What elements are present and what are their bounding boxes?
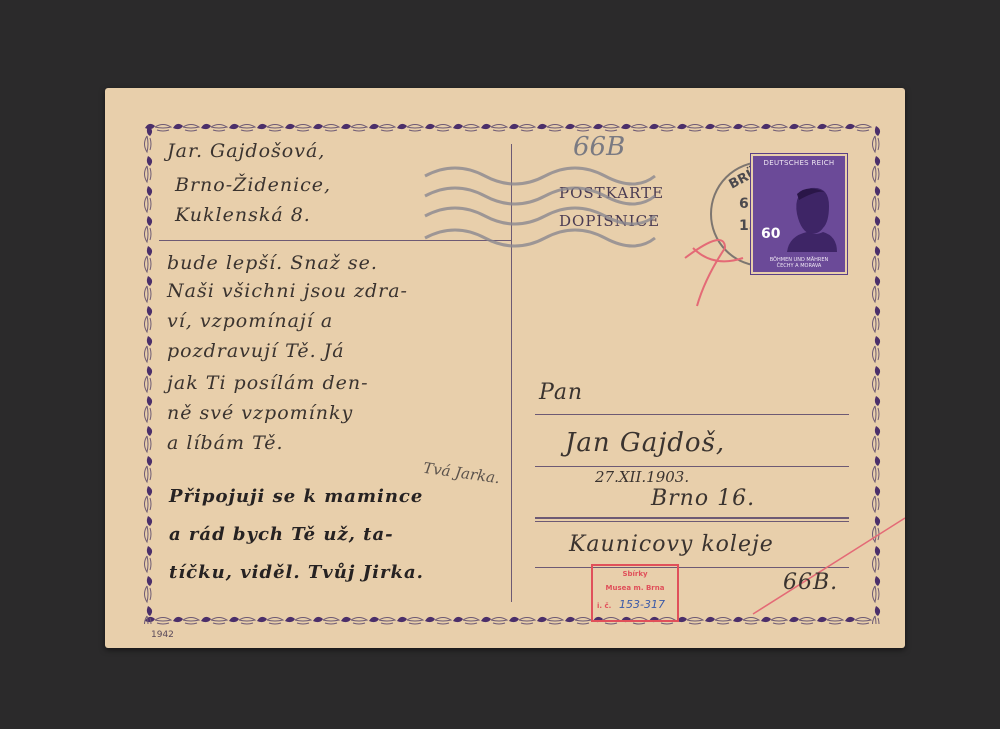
stamp-footer-line-2: ČECHY A MORAVA — [753, 263, 845, 269]
message-line: Naši všichni jsou zdra- — [167, 280, 408, 302]
child-note-line: a rád bych Tě už, ta- — [169, 524, 394, 545]
museum-inventory-number: 153-317 — [619, 598, 665, 611]
postcard: 1942 66B POSTKARTE DOPISNICE BRÜNN 6.XI.… — [105, 88, 905, 648]
message-line: bude lepší. Snaž se. — [167, 252, 378, 274]
museum-stamp-label: i. č. — [597, 602, 611, 610]
stamp-footer: BÖHMEN UND MÄHREN ČECHY A MORAVA — [753, 257, 845, 269]
museum-stamp-line-1: Sbírky — [593, 570, 677, 578]
museum-stamp-line-2: Musea m. Brna — [593, 584, 677, 592]
recipient-salutation: Pan — [539, 380, 583, 405]
message-line: jak Ti posílám den- — [167, 372, 369, 394]
recipient-city: Brno 16. — [651, 486, 755, 511]
child-note-line: Připojuji se k mamince — [169, 486, 423, 507]
postage-stamp: DEUTSCHES REICH 60 BÖHMEN UND MÄHREN ČEC… — [751, 154, 847, 274]
stamp-header: DEUTSCHES REICH — [753, 159, 845, 167]
message-line: pozdravují Tě. Já — [167, 340, 345, 362]
museum-collection-stamp: Sbírky Musea m. Brna i. č. 153-317 — [591, 564, 679, 622]
sender-line-1: Jar. Gajdošová, — [167, 140, 325, 162]
sender-line-3: Kuklenská 8. — [175, 204, 311, 226]
sender-line-2: Brno-Židenice, — [175, 174, 331, 196]
recipient-street: Kaunicovy koleje — [569, 532, 774, 557]
message-line: ví, vzpomínají a — [167, 310, 333, 332]
child-note-line: tíčku, viděl. Tvůj Jirka. — [169, 562, 424, 583]
stamp-value: 60 — [761, 226, 780, 242]
message-line: ně své vzpomínky — [167, 402, 353, 424]
message-line: a líbám Tě. — [167, 432, 284, 454]
recipient-name: Jan Gajdoš, — [565, 428, 725, 458]
recipient-block: 66B. — [783, 570, 838, 595]
recipient-birthdate: 27.XII.1903. — [595, 468, 689, 486]
stamp-portrait-icon — [783, 174, 837, 252]
